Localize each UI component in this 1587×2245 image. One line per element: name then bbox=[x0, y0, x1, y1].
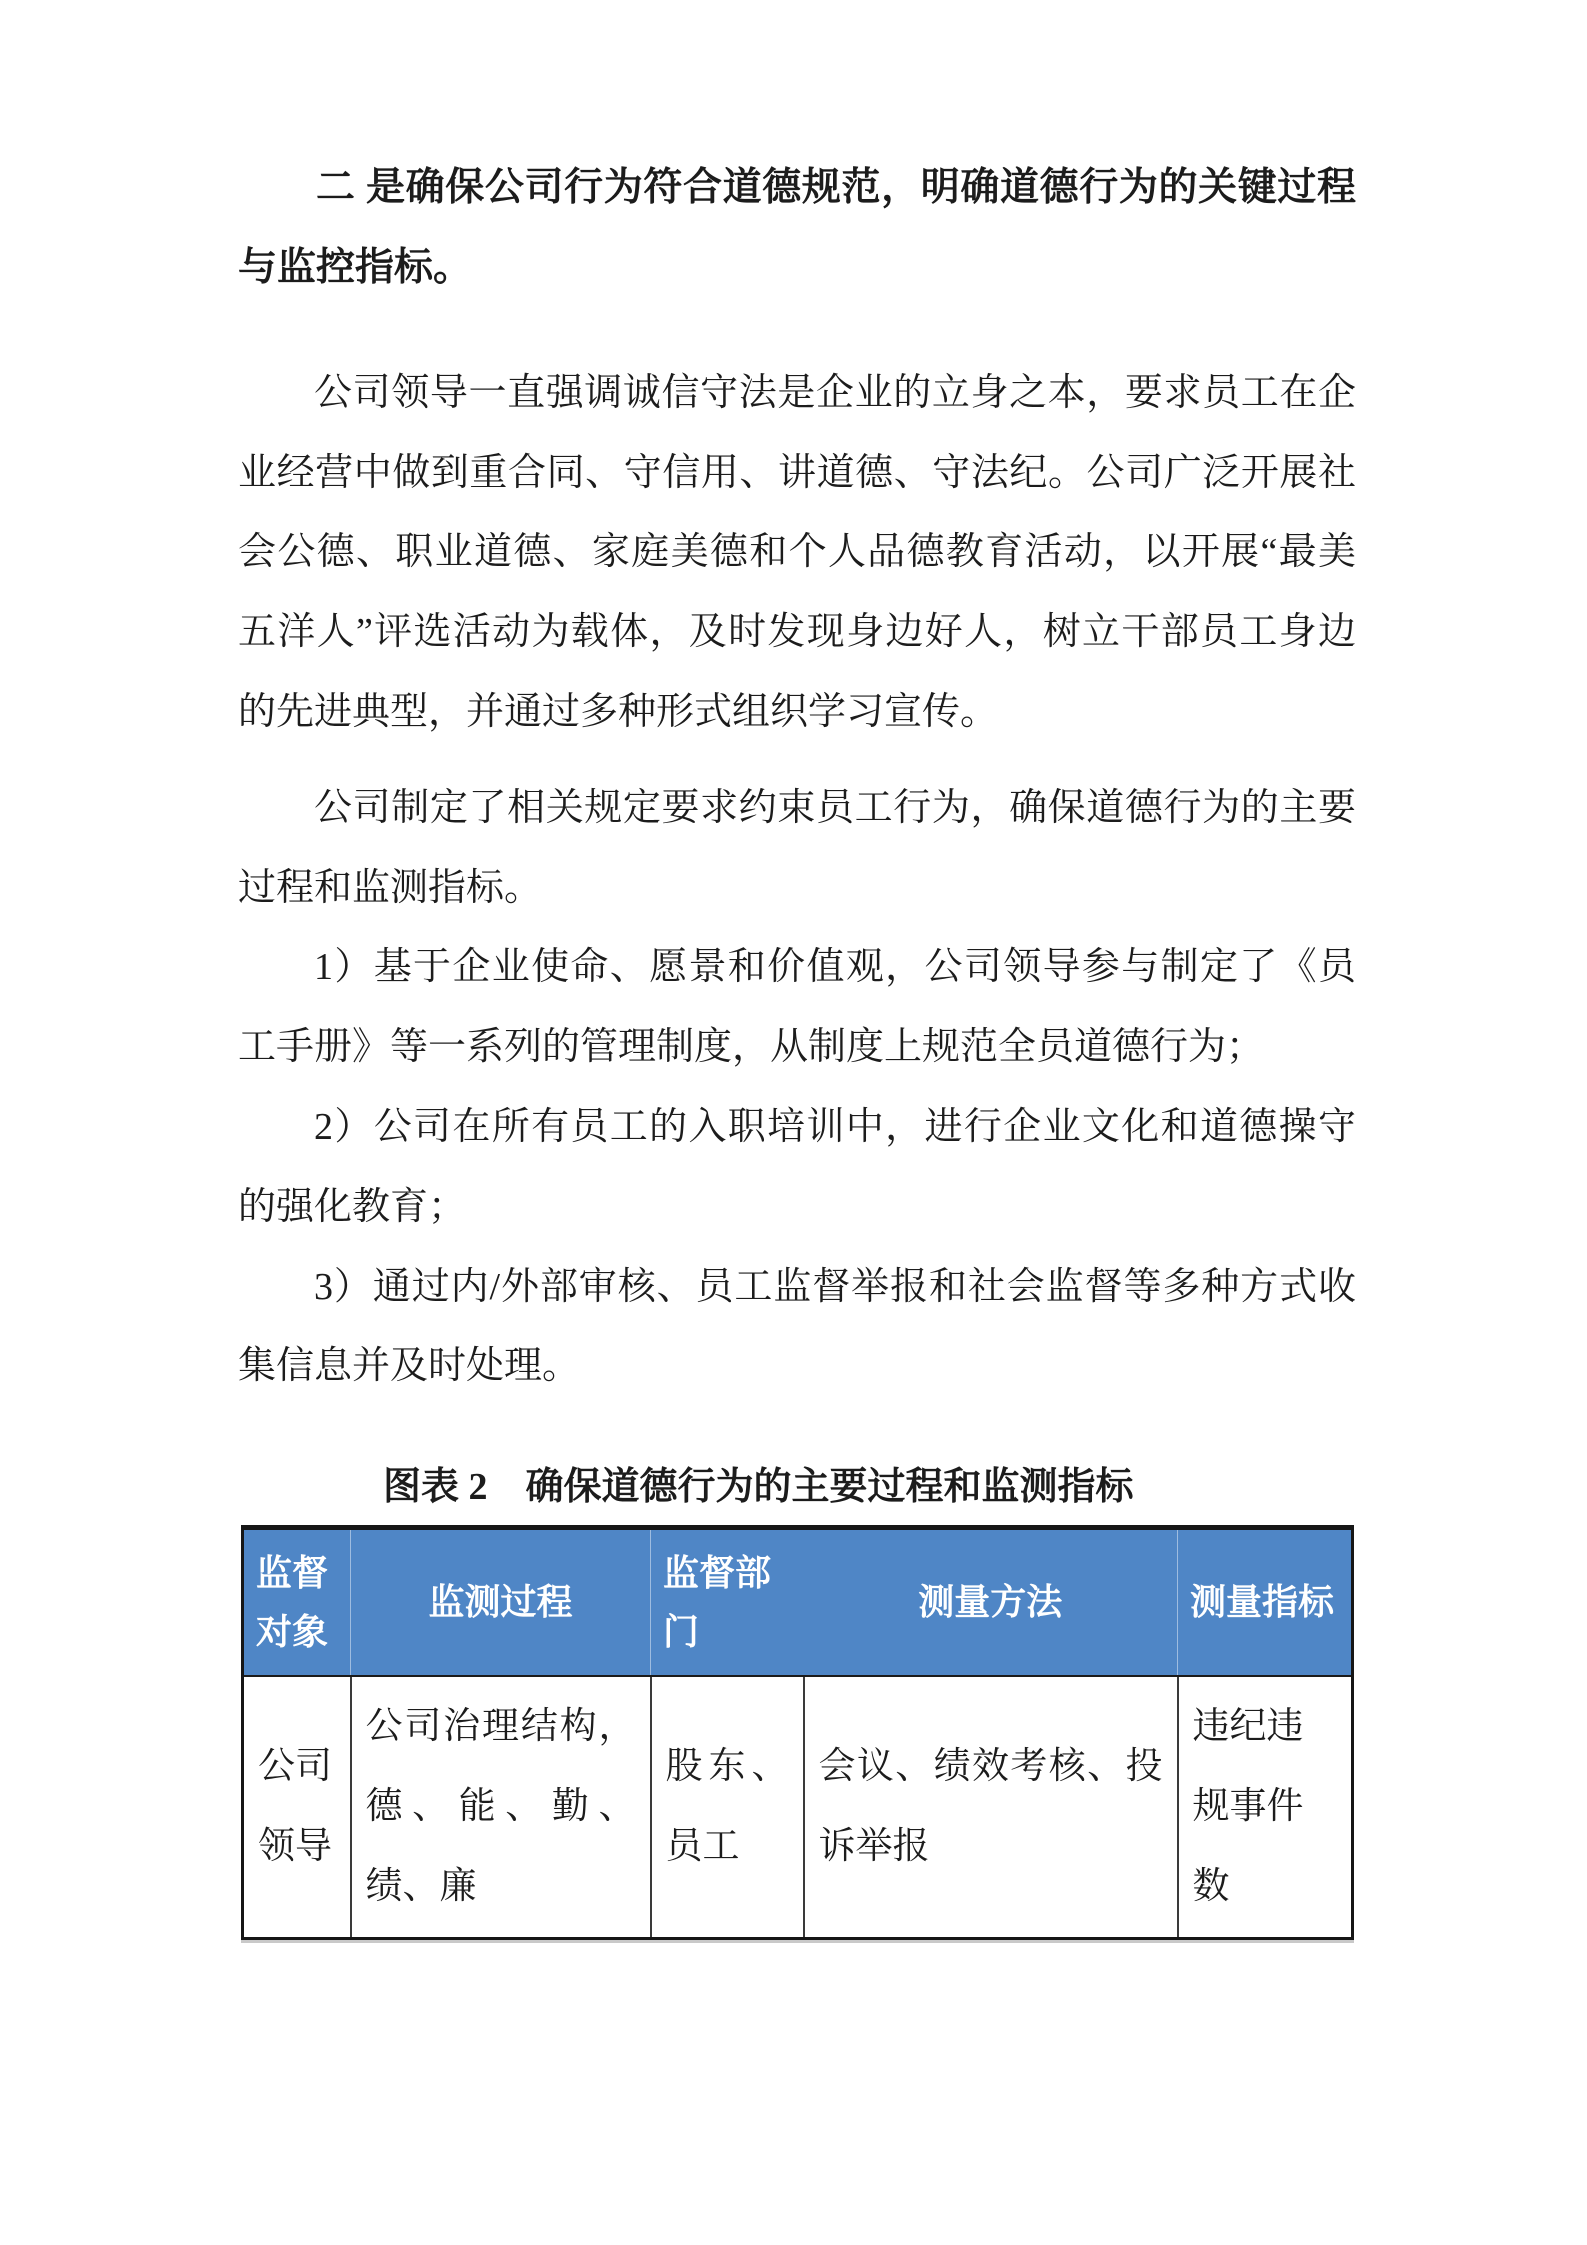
table-header-row: 监督对象 监测过程 监督部门 测量方法 测量指标 bbox=[243, 1528, 1353, 1676]
table-row: 公司领导 公司治理结构，德、能、勤、绩、廉 股东、员工 会议、绩效考核、投诉举报… bbox=[243, 1676, 1353, 1939]
cell-measurement-method: 会议、绩效考核、投诉举报 bbox=[804, 1676, 1178, 1939]
header-cell-supervision-target: 监督对象 bbox=[243, 1528, 351, 1676]
header-cell-measurement-method: 测量方法 bbox=[804, 1528, 1178, 1676]
cell-monitoring-process: 公司治理结构，德、能、勤、绩、廉 bbox=[351, 1676, 651, 1939]
paragraph-numbered-1: 1）基于企业使命、愿景和价值观，公司领导参与制定了《员工手册》等一系列的管理制度… bbox=[238, 928, 1356, 1088]
document-page: 二 是确保公司行为符合道德规范，明确道德行为的关键过程与监控指标。 公司领导一直… bbox=[0, 0, 1587, 2245]
paragraph: 公司制定了相关规定要求约束员工行为，确保道德行为的主要过程和监测指标。 bbox=[238, 769, 1356, 929]
header-cell-monitoring-process: 监测过程 bbox=[351, 1528, 651, 1676]
cell-supervision-department: 股东、员工 bbox=[651, 1676, 804, 1939]
section-heading: 二 是确保公司行为符合道德规范，明确道德行为的关键过程与监控指标。 bbox=[238, 148, 1356, 308]
paragraph-numbered-3: 3）通过内/外部审核、员工监督举报和社会监督等多种方式收集信息并及时处理。 bbox=[238, 1248, 1356, 1408]
header-cell-measurement-indicator: 测量指标 bbox=[1178, 1528, 1353, 1676]
header-cell-supervision-department: 监督部门 bbox=[651, 1528, 804, 1676]
ethics-monitoring-table: 监督对象 监测过程 监督部门 测量方法 测量指标 公司领导 公司治理结构，德、能… bbox=[241, 1525, 1354, 1940]
paragraph-numbered-2: 2）公司在所有员工的入职培训中，进行企业文化和道德操守的强化教育； bbox=[238, 1088, 1356, 1248]
table-caption: 图表 2 确保道德行为的主要过程和监测指标 bbox=[238, 1449, 1356, 1525]
cell-measurement-indicator: 违纪违规事件数 bbox=[1178, 1676, 1353, 1939]
paragraph: 公司领导一直强调诚信守法是企业的立身之本，要求员工在企业经营中做到重合同、守信用… bbox=[238, 354, 1356, 753]
cell-supervision-target: 公司领导 bbox=[243, 1676, 351, 1939]
